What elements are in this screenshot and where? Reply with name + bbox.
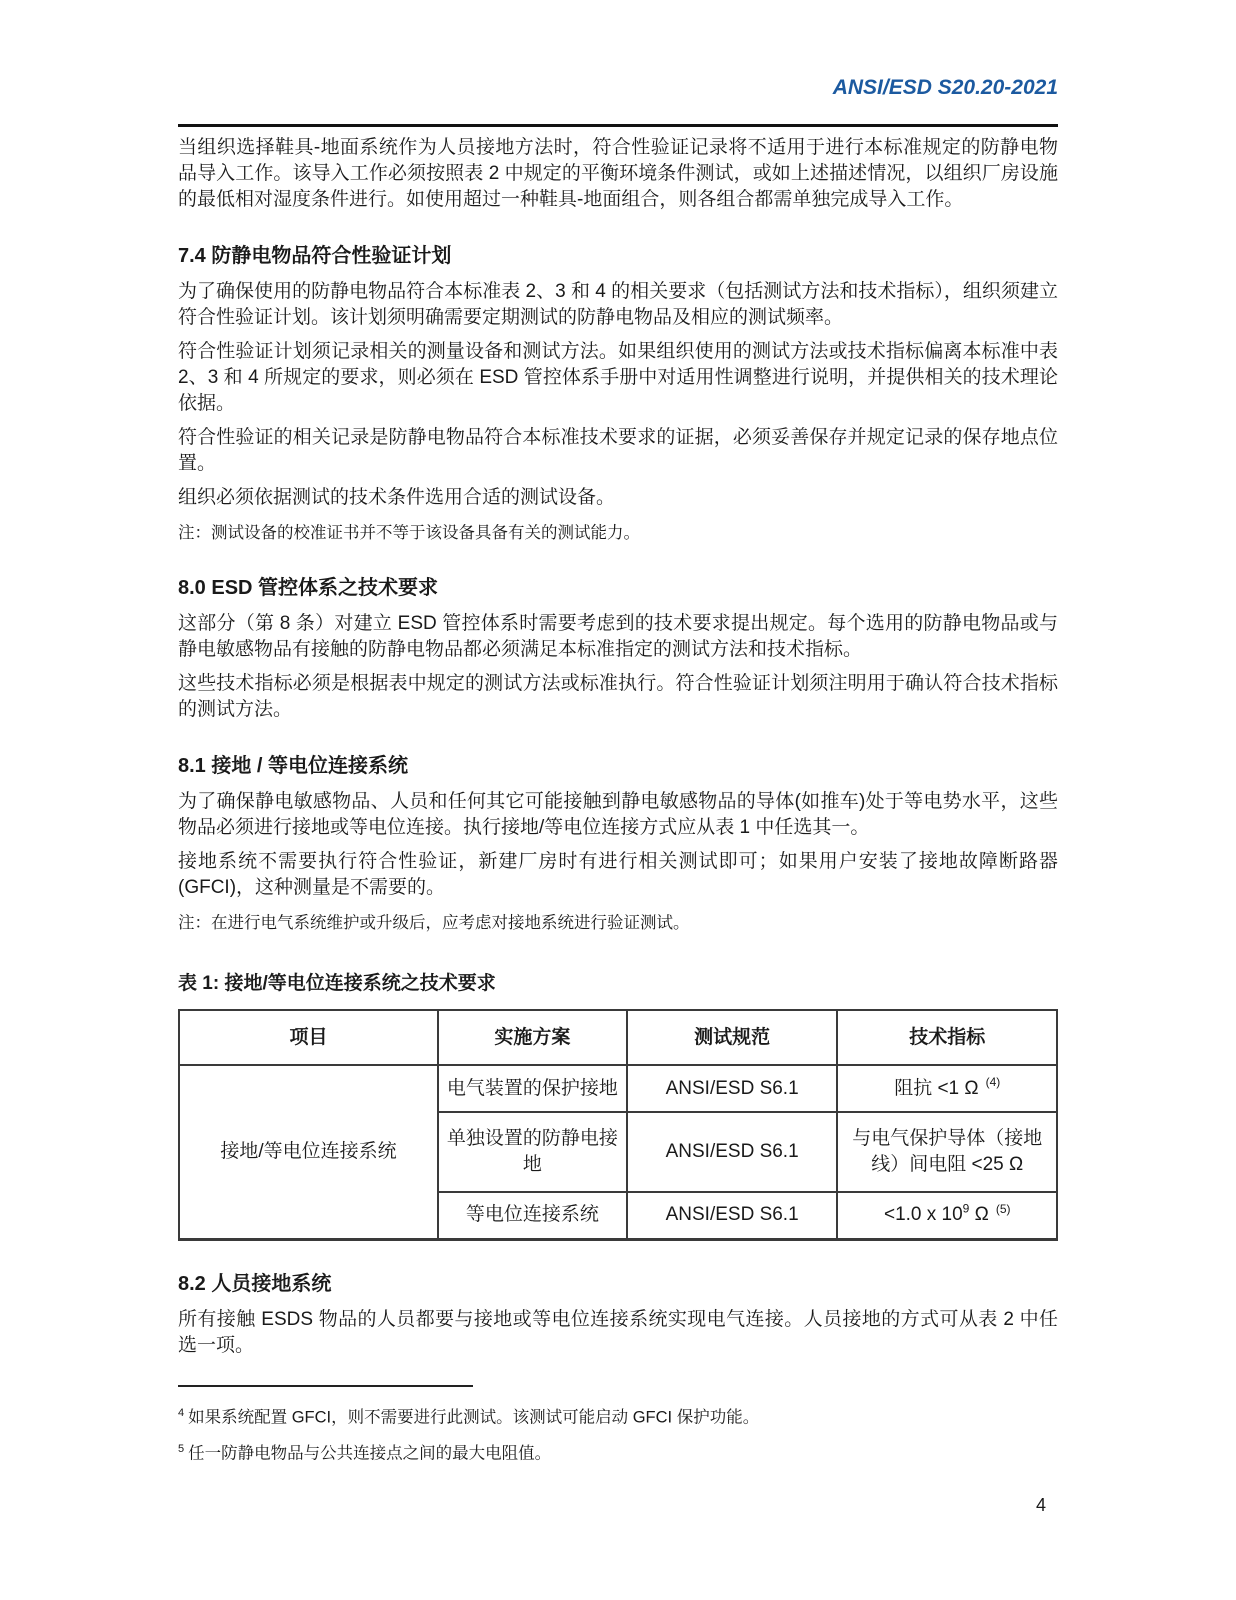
table-cell-implementation: 等电位连接系统 (438, 1192, 627, 1239)
section-7-4-note: 注：测试设备的校准证书并不等于该设备具备有关的测试能力。 (178, 521, 1058, 545)
table-cell-test-spec: ANSI/ESD S6.1 (627, 1112, 838, 1192)
header-rule (178, 124, 1058, 127)
table-cell-technical-spec: 阻抗 <1 Ω(4) (837, 1065, 1057, 1112)
table-row: 接地/等电位连接系统 电气装置的保护接地 ANSI/ESD S6.1 阻抗 <1… (179, 1065, 1057, 1112)
table-cell-implementation: 电气装置的保护接地 (438, 1065, 627, 1112)
table-cell-test-spec: ANSI/ESD S6.1 (627, 1065, 838, 1112)
section-8-1-paragraph: 为了确保静电敏感物品、人员和任何其它可能接触到静电敏感物品的导体(如推车)处于等… (178, 789, 1058, 841)
table-cell-technical-spec: <1.0 x 109 Ω(5) (837, 1192, 1057, 1239)
table-cell-test-spec: ANSI/ESD S6.1 (627, 1192, 838, 1239)
table-header-technical-spec: 技术指标 (837, 1010, 1057, 1065)
table-cell-group-label: 接地/等电位连接系统 (179, 1065, 438, 1239)
table-cell-technical-spec: 与电气保护导体（接地线）间电阻 <25 Ω (837, 1112, 1057, 1192)
document-page: ANSI/ESD S20.20-2021 当组织选择鞋具-地面系统作为人员接地方… (178, 0, 1058, 1600)
section-8-2-heading: 8.2 人员接地系统 (178, 1271, 1058, 1297)
footnote-block: 4如果系统配置 GFCI，则不需要进行此测试。该测试可能启动 GFCI 保护功能… (178, 1385, 1058, 1466)
footnote-4: 4如果系统配置 GFCI，则不需要进行此测试。该测试可能启动 GFCI 保护功能… (178, 1401, 1058, 1430)
footnote-marker: 4 (178, 1407, 184, 1419)
section-8-1-paragraph: 接地系统不需要执行符合性验证，新建厂房时有进行相关测试即可；如果用户安装了接地故… (178, 849, 1058, 901)
section-7-4-paragraph: 符合性验证计划须记录相关的测量设备和测试方法。如果组织使用的测试方法或技术指标偏… (178, 339, 1058, 417)
section-7-4-paragraph: 为了确保使用的防静电物品符合本标准表 2、3 和 4 的相关要求（包括测试方法和… (178, 279, 1058, 331)
footnote-5: 5任一防静电物品与公共连接点之间的最大电阻值。 (178, 1437, 1058, 1466)
table-1-caption: 表 1: 接地/等电位连接系统之技术要求 (178, 971, 1058, 997)
footnote-marker: 5 (178, 1443, 184, 1455)
table-header-row: 项目 实施方案 测试规范 技术指标 (179, 1010, 1057, 1065)
section-7-4-paragraph: 组织必须依据测试的技术条件选用合适的测试设备。 (178, 485, 1058, 511)
table-header-item: 项目 (179, 1010, 438, 1065)
table-header-test-spec: 测试规范 (627, 1010, 838, 1065)
section-8-2-paragraph: 所有接触 ESDS 物品的人员都要与接地或等电位连接系统实现电气连接。人员接地的… (178, 1307, 1058, 1359)
footnote-separator (178, 1385, 473, 1387)
section-8-1-note: 注：在进行电气系统维护或升级后，应考虑对接地系统进行验证测试。 (178, 911, 1058, 935)
footnote-ref-5: (5) (996, 1202, 1011, 1216)
page-number: 4 (1036, 1495, 1046, 1516)
section-8-0-paragraph: 这些技术指标必须是根据表中规定的测试方法或标准执行。符合性验证计划须注明用于确认… (178, 671, 1058, 723)
table-cell-implementation: 单独设置的防静电接地 (438, 1112, 627, 1192)
table-1: 项目 实施方案 测试规范 技术指标 接地/等电位连接系统 电气装置的保护接地 A… (178, 1009, 1058, 1241)
intro-paragraph: 当组织选择鞋具-地面系统作为人员接地方法时，符合性验证记录将不适用于进行本标准规… (178, 135, 1058, 213)
table-header-implementation: 实施方案 (438, 1010, 627, 1065)
document-header-title: ANSI/ESD S20.20-2021 (178, 76, 1058, 100)
section-7-4-paragraph: 符合性验证的相关记录是防静电物品符合本标准技术要求的证据，必须妥善保存并规定记录… (178, 425, 1058, 477)
section-8-0-heading: 8.0 ESD 管控体系之技术要求 (178, 575, 1058, 601)
section-8-1-heading: 8.1 接地 / 等电位连接系统 (178, 753, 1058, 779)
section-7-4-heading: 7.4 防静电物品符合性验证计划 (178, 243, 1058, 269)
footnote-ref-4: (4) (986, 1075, 1001, 1089)
section-8-0-paragraph: 这部分（第 8 条）对建立 ESD 管控体系时需要考虑到的技术要求提出规定。每个… (178, 611, 1058, 663)
